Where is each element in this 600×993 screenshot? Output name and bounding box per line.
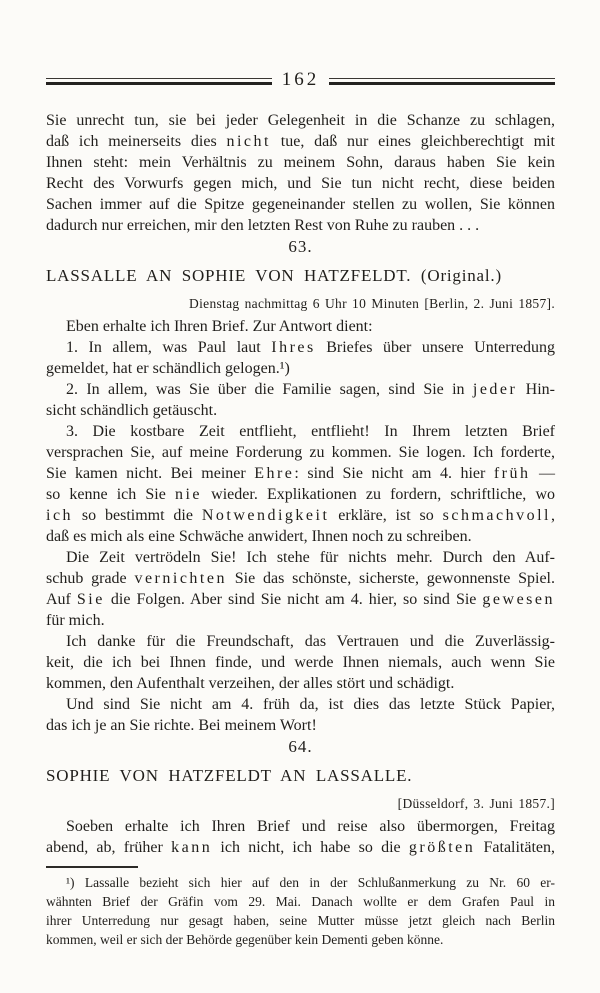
paragraph: Die Zeit vertrödeln Sie! Ich stehe für n… (46, 547, 555, 631)
text-line: das ich je an Sie richte. Bei meinem Wor… (46, 715, 555, 736)
text-segment: Auf (46, 591, 77, 608)
running-head: 162 (46, 70, 555, 92)
text-segment: für mich. (46, 612, 105, 629)
text-segment: Hin- (517, 381, 555, 398)
text-line: abend, ab, früher kann ich nicht, ich ha… (46, 837, 555, 858)
emphasized-text: kann (171, 839, 212, 856)
letter-title-heading: LASSALLE AN SOPHIE VON HATZFELDT. (Origi… (46, 265, 555, 287)
text-segment: , (551, 507, 555, 524)
text-segment: ihrer Unterredung nur gesagt haben, sein… (46, 913, 555, 928)
text-line: dadurch nur erreichen, mir den letzten R… (46, 215, 555, 236)
text-line: keit, die ich bei Ihnen finde, und werde… (46, 652, 555, 673)
paragraph: 2. In allem, was Sie über die Familie sa… (46, 379, 555, 421)
emphasized-text: Ihres (271, 339, 315, 356)
text-line: 1. In allem, was Paul laut Ihres Briefes… (46, 337, 555, 358)
text-line: Und sind Sie nicht am 4. früh da, ist di… (46, 694, 555, 715)
text-line: 3. Die kostbare Zeit entflieht, entflieh… (46, 421, 555, 442)
text-segment: 2. In allem, was Sie über die Familie sa… (66, 381, 473, 398)
text-segment: abend, ab, früher (46, 839, 171, 856)
text-segment: schub grade (46, 570, 134, 587)
text-segment: 3. Die kostbare Zeit entflieht, entflieh… (66, 423, 555, 440)
footnote-rule (46, 866, 138, 868)
emphasized-text: vernichten (134, 570, 227, 587)
text-segment: wähnten Brief der Gräfin vom 29. Mai. Da… (46, 894, 555, 909)
text-segment: ich nicht, ich habe so die (212, 839, 409, 856)
text-segment: daß ich meinerseits dies (46, 133, 226, 150)
text-segment: Ihnen steht: mein Verhältnis zu meinem S… (46, 154, 555, 171)
text-line: für mich. (46, 610, 555, 631)
page-body: Sie unrecht tun, sie bei jeder Gelegenhe… (46, 110, 555, 858)
paragraph: Sie unrecht tun, sie bei jeder Gelegenhe… (46, 110, 555, 236)
footnote-line: kommen, weil er sich der Behörde gegenüb… (46, 930, 555, 949)
text-segment: kommen, den Aufenthalt verzeihen, der al… (46, 675, 454, 692)
text-line: so kenne ich Sie nie wieder. Explikation… (46, 484, 555, 505)
text-segment: tue, daß nur eines gleichberechtigt mit (271, 133, 555, 150)
emphasized-text: schmachvoll (443, 507, 551, 524)
emphasized-text: größten (409, 839, 475, 856)
paragraph: 3. Die kostbare Zeit entflieht, entflieh… (46, 421, 555, 547)
letter-number-heading: 64. (46, 736, 555, 757)
text-segment: Soeben erhalte ich Ihren Brief und reise… (66, 818, 555, 835)
text-segment: Fatalitäten, (475, 839, 555, 856)
text-segment: versprachen Sie, auf meine Forderung zu … (46, 444, 555, 461)
text-line: Eben erhalte ich Ihren Brief. Zur Antwor… (46, 316, 555, 337)
text-segment: daß es mich als eine Schwäche anwidert, … (46, 528, 472, 545)
text-segment: kommen, weil er sich der Behörde gegenüb… (46, 932, 443, 947)
dateline: Dienstag nachmittag 6 Uhr 10 Minuten [Be… (46, 295, 555, 313)
text-line: Sie kamen nicht. Bei meiner Ehre: sind S… (46, 463, 555, 484)
text-segment: Ich danke für die Freundschaft, das Vert… (66, 633, 555, 650)
text-line: versprachen Sie, auf meine Forderung zu … (46, 442, 555, 463)
text-segment: Die Zeit vertrödeln Sie! Ich stehe für n… (66, 549, 555, 566)
text-segment: das ich je an Sie richte. Bei meinem Wor… (46, 717, 317, 734)
text-line: Auf Sie die Folgen. Aber sind Sie nicht … (46, 589, 555, 610)
text-segment: Und sind Sie nicht am 4. früh da, ist di… (66, 696, 555, 713)
text-line: sicht schändlich getäuscht. (46, 400, 555, 421)
letter-title-heading: SOPHIE VON HATZFELDT AN LASSALLE. (46, 765, 555, 787)
text-segment: Sie unrecht tun, sie bei jeder Gelegenhe… (46, 112, 555, 129)
text-segment: so kenne ich Sie (46, 486, 175, 503)
footnote-text: ¹) Lassalle bezieht sich hier auf den in… (46, 873, 555, 949)
footnote-line: ¹) Lassalle bezieht sich hier auf den in… (46, 873, 555, 892)
paragraph: Soeben erhalte ich Ihren Brief und reise… (46, 816, 555, 858)
text-segment: Sie das schönste, sicherste, gewonnenste… (227, 570, 555, 587)
emphasized-text: Notwendigkeit (202, 507, 330, 524)
emphasized-text: früh (494, 465, 531, 482)
footnote-line: wähnten Brief der Gräfin vom 29. Mai. Da… (46, 892, 555, 911)
text-line: 2. In allem, was Sie über die Familie sa… (46, 379, 555, 400)
text-line: Sie unrecht tun, sie bei jeder Gelegenhe… (46, 110, 555, 131)
text-segment: keit, die ich bei Ihnen finde, und werde… (46, 654, 555, 671)
emphasized-text: nicht (226, 133, 271, 150)
text-segment: die Folgen. Aber sind Sie nicht am 4. hi… (105, 591, 483, 608)
text-segment: Eben erhalte ich Ihren Brief. Zur Antwor… (66, 318, 373, 335)
footnote-section: ¹) Lassalle bezieht sich hier auf den in… (46, 866, 555, 949)
text-line: daß ich meinerseits dies nicht tue, daß … (46, 131, 555, 152)
text-segment: : sind Sie nicht am 4. hier (294, 465, 493, 482)
text-segment: — (531, 465, 556, 482)
text-segment: dadurch nur erreichen, mir den letzten R… (46, 217, 479, 234)
text-line: gemeldet, hat er schändlich gelogen.¹) (46, 358, 555, 379)
dateline: [Düsseldorf, 3. Juni 1857.] (46, 795, 555, 813)
text-segment: wieder. Explikationen zu fordern, schrif… (202, 486, 555, 503)
emphasized-text: Sie (77, 591, 105, 608)
text-segment: Sie kamen nicht. Bei meiner (46, 465, 254, 482)
text-line: daß es mich als eine Schwäche anwidert, … (46, 526, 555, 547)
header-rule-right (329, 78, 555, 85)
emphasized-text: nie (175, 486, 202, 503)
text-line: Soeben erhalte ich Ihren Brief und reise… (46, 816, 555, 837)
paragraph: Eben erhalte ich Ihren Brief. Zur Antwor… (46, 316, 555, 337)
page-number: 162 (272, 69, 330, 91)
paragraph: 1. In allem, was Paul laut Ihres Briefes… (46, 337, 555, 379)
text-line: kommen, den Aufenthalt verzeihen, der al… (46, 673, 555, 694)
emphasized-text: ich (46, 507, 73, 524)
emphasized-text: gewesen (482, 591, 555, 608)
text-line: schub grade vernichten Sie das schönste,… (46, 568, 555, 589)
text-segment: erkläre, ist so (329, 507, 442, 524)
paragraph: Ich danke für die Freundschaft, das Vert… (46, 631, 555, 694)
text-segment: Sachen immer auf die Spitze gegeneinande… (46, 196, 555, 213)
text-segment: 1. In allem, was Paul laut (66, 339, 271, 356)
text-line: Recht des Vorwurfs gegen mich, und Sie t… (46, 173, 555, 194)
text-line: Die Zeit vertrödeln Sie! Ich stehe für n… (46, 547, 555, 568)
text-segment: Recht des Vorwurfs gegen mich, und Sie t… (46, 175, 555, 192)
text-segment: ¹) Lassalle bezieht sich hier auf den in… (66, 875, 555, 890)
paragraph: Und sind Sie nicht am 4. früh da, ist di… (46, 694, 555, 736)
header-rule-left (46, 78, 272, 85)
footnote-line: ihrer Unterredung nur gesagt haben, sein… (46, 911, 555, 930)
text-segment: so bestimmt die (73, 507, 202, 524)
book-page-scan: 162 Sie unrecht tun, sie bei jeder Geleg… (0, 0, 600, 993)
text-line: Ihnen steht: mein Verhältnis zu meinem S… (46, 152, 555, 173)
text-line: Ich danke für die Freundschaft, das Vert… (46, 631, 555, 652)
text-line: Sachen immer auf die Spitze gegeneinande… (46, 194, 555, 215)
emphasized-text: Ehre (254, 465, 294, 482)
text-segment: Briefes über unsere Unterredung (316, 339, 555, 356)
text-segment: gemeldet, hat er schändlich gelogen.¹) (46, 360, 290, 377)
text-segment: sicht schändlich getäuscht. (46, 402, 217, 419)
letter-number-heading: 63. (46, 236, 555, 257)
text-line: ich so bestimmt die Notwendigkeit erklär… (46, 505, 555, 526)
emphasized-text: jeder (473, 381, 517, 398)
